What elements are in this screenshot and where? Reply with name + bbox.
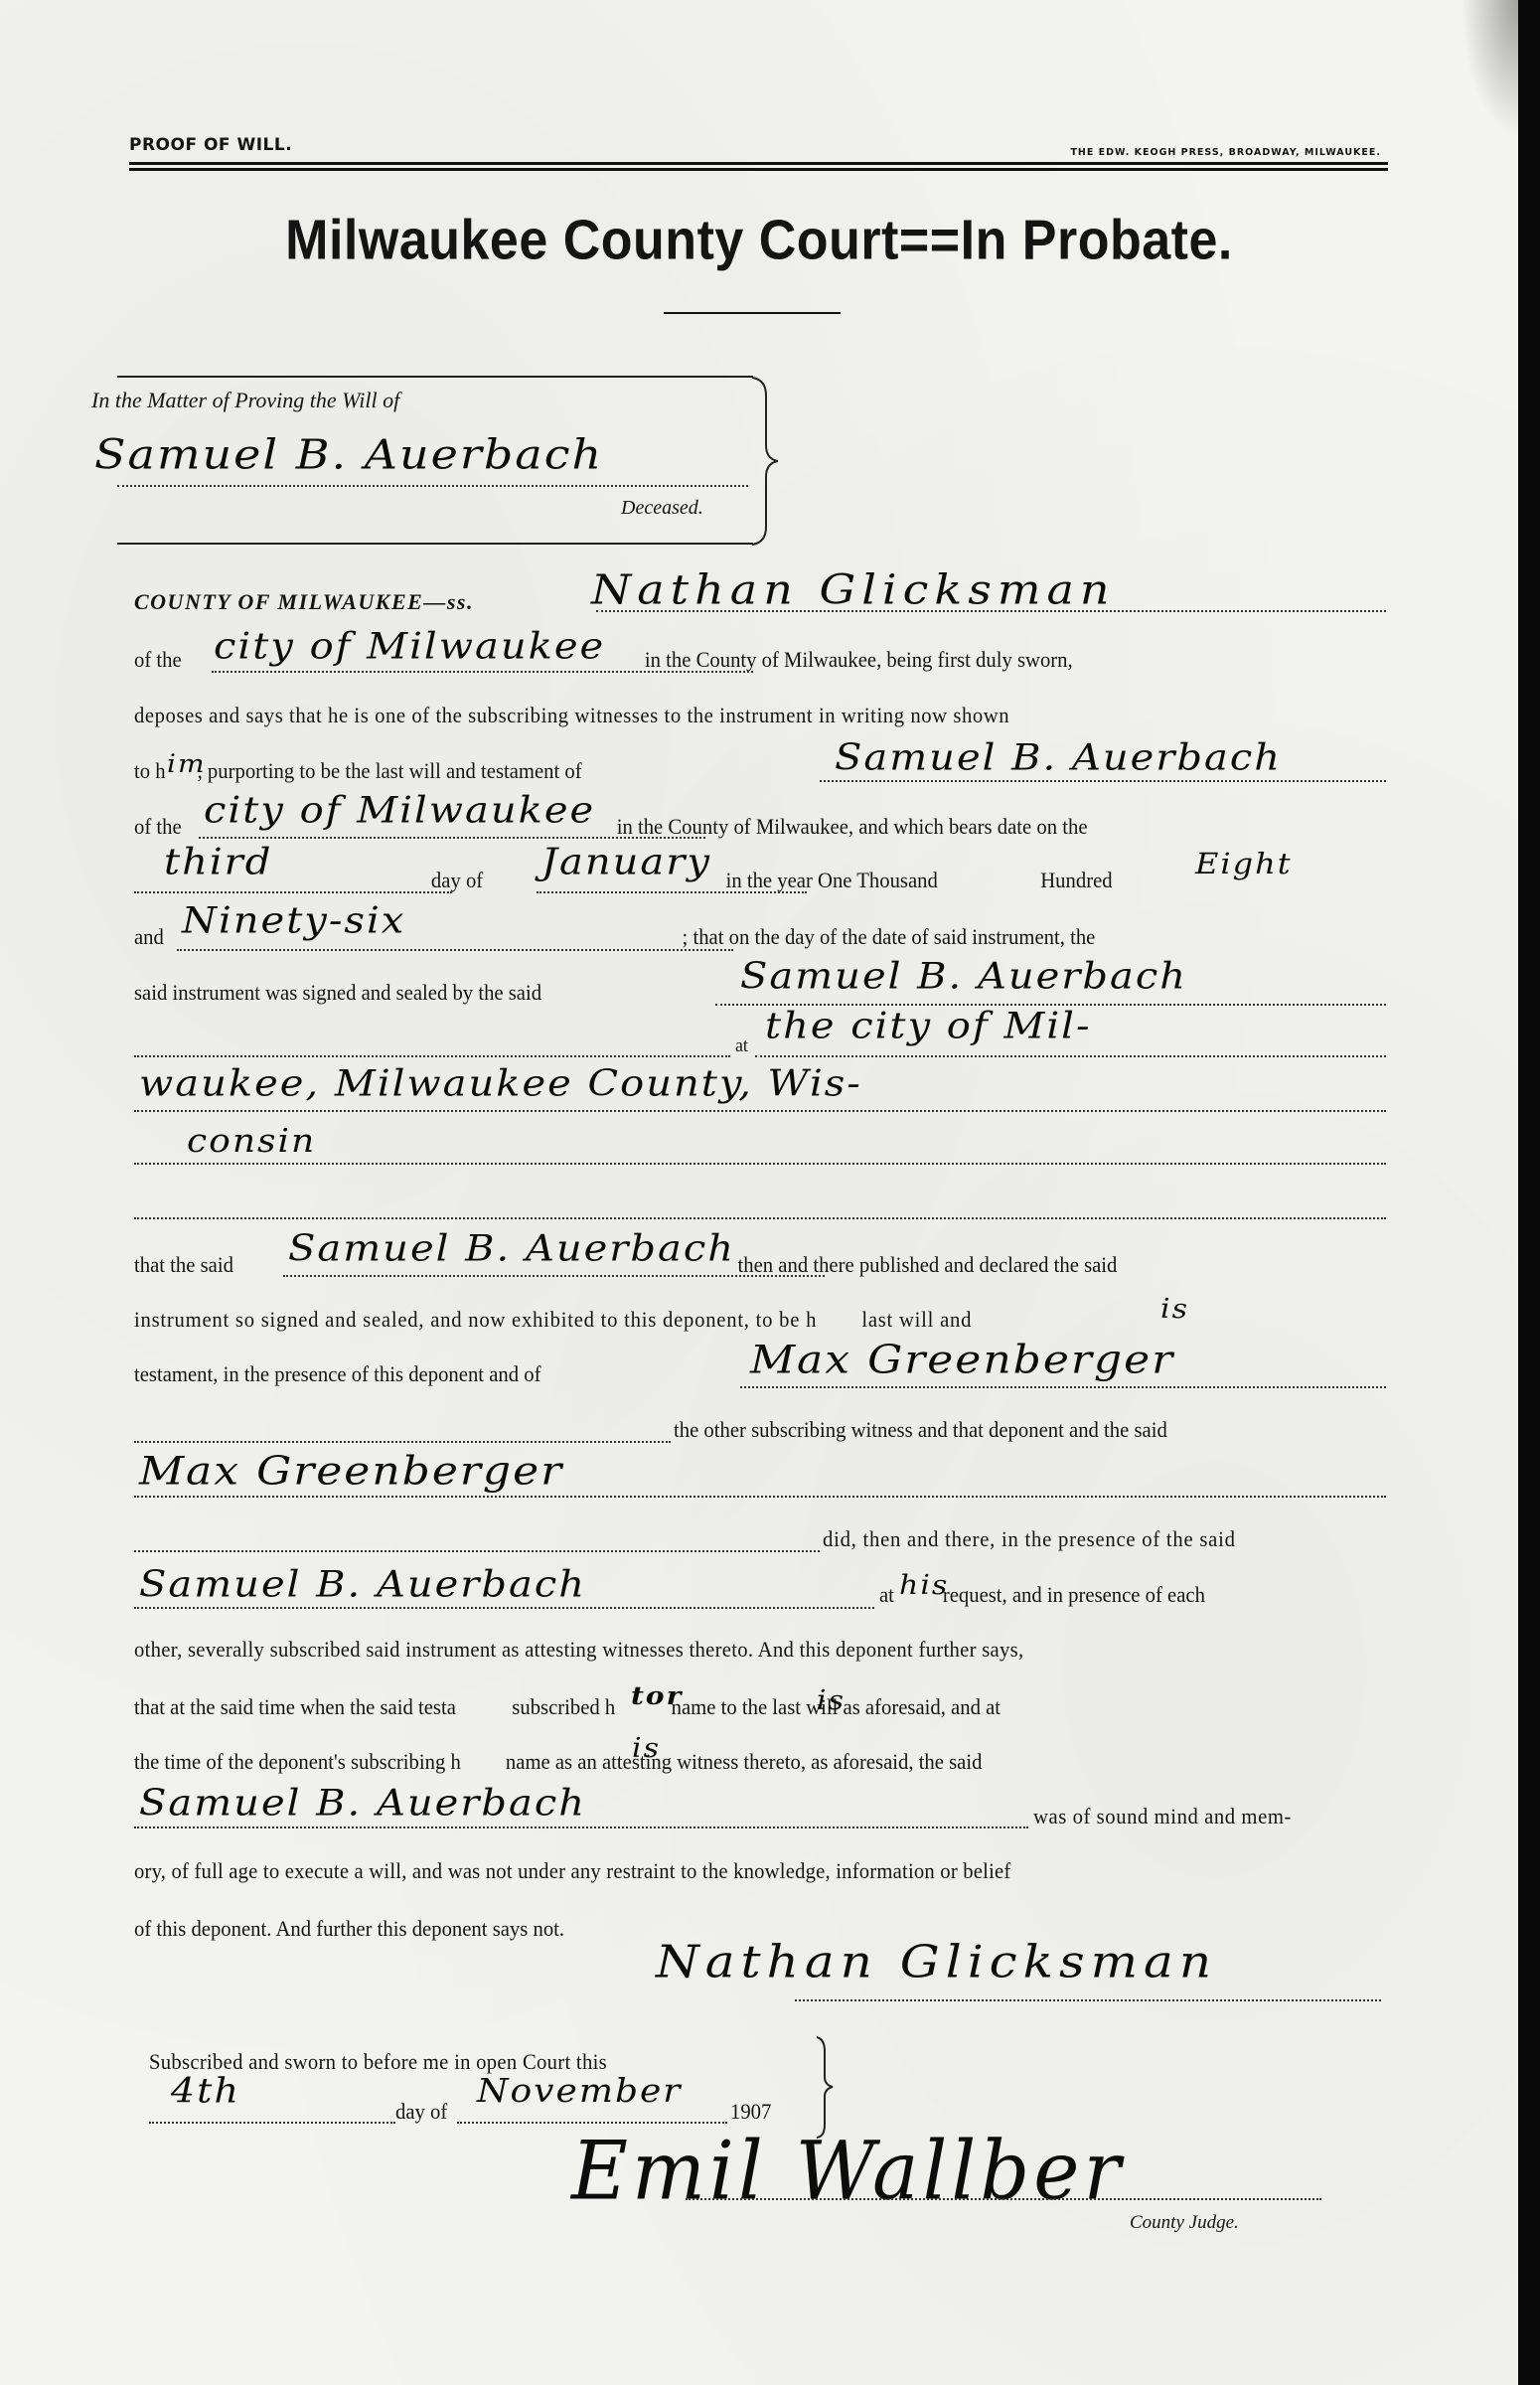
testator-name-handwritten-3: Samuel B. Auerbach [288,1228,735,1269]
testator-line-1 [820,780,1386,782]
deponent-name-handwritten: Nathan Glicksman [591,565,1116,614]
text: to h [134,758,166,783]
header-rule-bottom [129,168,1388,171]
page-title: Milwaukee County Court==In Probate. [0,209,1518,273]
body-line-22: was of sound mind and mem- [1033,1804,1292,1829]
pronoun-handwritten: im [167,749,207,779]
form-name: PROOF OF WILL. [129,135,292,155]
judge-signature-line [686,2198,1321,2200]
testator-name-handwritten-5: Samuel B. Auerbach [139,1783,586,1824]
testator-suffix-handwritten: tor [631,1681,683,1711]
jurat-year: 1907 [730,2099,771,2125]
testator-line-3 [283,1275,825,1277]
body-line-15: the other subscribing witness and that d… [674,1417,1167,1443]
place-handwritten-3: consin [187,1123,316,1160]
text: in the year One Thousand [726,868,938,892]
place-handwritten-1: the city of Mil- [765,1006,1091,1046]
text: the time of the deponent's subscribing h [134,1749,461,1774]
body-line-20: that at the said time when the said test… [134,1694,1001,1720]
deceased-label: Deceased. [621,497,703,520]
place-handwritten-2: waukee, Milwaukee County, Wis- [139,1063,862,1104]
testator-line-4 [134,1607,874,1609]
pronoun-handwritten-3: his [899,1570,949,1602]
judge-signature: Emil Wallber [571,2125,1125,2219]
will-year-line [177,949,733,951]
text: request, and in presence of each [943,1582,1205,1607]
text: that the said [134,1252,233,1277]
place-line-a [134,1055,730,1057]
pronoun-handwritten-4: is [817,1685,846,1717]
body-line-19: other, severally subscribed said instrum… [134,1637,1023,1663]
text: of the [134,814,182,839]
witness-name-handwritten-1: Max Greenberger [750,1338,1174,1383]
testator-name-handwritten-1: Samuel B. Auerbach [835,737,1282,778]
witness-line-1 [740,1386,1386,1388]
body-line-14: testament, in the presence of this depon… [134,1361,540,1387]
title-underline [664,312,841,314]
body-line-7: said instrument was signed and sealed by… [134,980,541,1006]
text: that at the said time when the said test… [134,1694,456,1719]
text: at [879,1582,894,1607]
jurat-day-of: day of [395,2099,447,2125]
text: name as an attesting witness thereto, as… [506,1749,983,1774]
witness-line-4 [134,1550,820,1552]
will-day-line [134,891,452,893]
header-rule-top [129,162,1388,165]
deceased-name-handwritten: Samuel B. Auerbach [94,430,603,479]
text: then and there published and declared th… [738,1252,1118,1277]
body-line-17: did, then and there, in the presence of … [823,1526,1236,1552]
text: day of [431,868,483,892]
place-line-b [755,1055,1386,1057]
jurat-month-line [457,2122,727,2124]
county-venue: COUNTY OF MILWAUKEE—ss. [134,589,474,615]
place-line-c [134,1110,1386,1112]
testator-name-handwritten-2: Samuel B. Auerbach [740,956,1187,997]
will-residence-handwritten: city of Milwaukee [204,790,595,831]
will-day-handwritten: third [164,842,272,882]
text: in the County of Milwaukee, and which be… [617,814,1088,839]
text: , purporting to be the last will and tes… [198,758,582,783]
document-page [0,0,1518,2385]
testator-line-5 [134,1827,1028,1828]
place-line-d [134,1163,1386,1165]
printer-imprint: THE EDW. KEOGH PRESS, BROADWAY, MILWAUKE… [1070,147,1381,158]
text: instrument so signed and sealed, and now… [134,1307,817,1332]
witness-name-handwritten-2: Max Greenberger [139,1449,563,1495]
jurat-day-line [149,2122,395,2124]
text: of the [134,647,182,672]
jurat-month-handwritten: November [477,2073,683,2110]
scan-shadow [1461,0,1520,139]
scan-edge [1518,0,1540,2385]
text: ; that on the day of the date of said in… [683,924,1096,949]
will-month-line [537,891,807,893]
matter-box-top [117,376,753,378]
deponent-signature-line [795,1999,1381,2001]
text: subscribed h [512,1694,615,1719]
body-line-2: deposes and says that he is one of the s… [134,703,1009,728]
deponent-name-line [596,610,1386,612]
body-line-24: of this deponent. And further this depon… [134,1916,564,1942]
matter-brace [750,376,790,547]
body-line-8: at [735,1035,748,1057]
matter-label: In the Matter of Proving the Will of [91,388,399,413]
body-line-21: the time of the deponent's subscribing h… [134,1749,982,1775]
matter-box-bottom [117,543,753,545]
text: in the County of Milwaukee, being first … [645,647,1073,672]
pronoun-handwritten-2: is [1160,1294,1189,1326]
will-residence-line [199,837,705,839]
body-line-23: ory, of full age to execute a will, and … [134,1858,1010,1884]
residence-line [212,671,753,673]
will-century-handwritten: Eight [1195,847,1293,880]
deponent-signature: Nathan Glicksman [656,1936,1217,1987]
will-month-handwritten: January [541,842,711,882]
will-year-handwritten: Ninety-six [182,900,405,941]
text: and [134,924,164,949]
witness-line-3 [134,1496,1386,1498]
judge-title: County Judge. [1130,2212,1239,2234]
witness-line-2 [134,1441,671,1443]
pronoun-handwritten-5: is [632,1733,661,1765]
body-line-13: instrument so signed and sealed, and now… [134,1307,972,1333]
text: Hundred [1040,868,1112,892]
place-line-e [134,1217,1386,1219]
testator-name-handwritten-4: Samuel B. Auerbach [139,1564,586,1605]
text: last will and [861,1307,972,1332]
residence-handwritten: city of Milwaukee [214,626,605,667]
jurat-day-handwritten: 4th [171,2071,240,2111]
deceased-name-line [117,485,748,487]
